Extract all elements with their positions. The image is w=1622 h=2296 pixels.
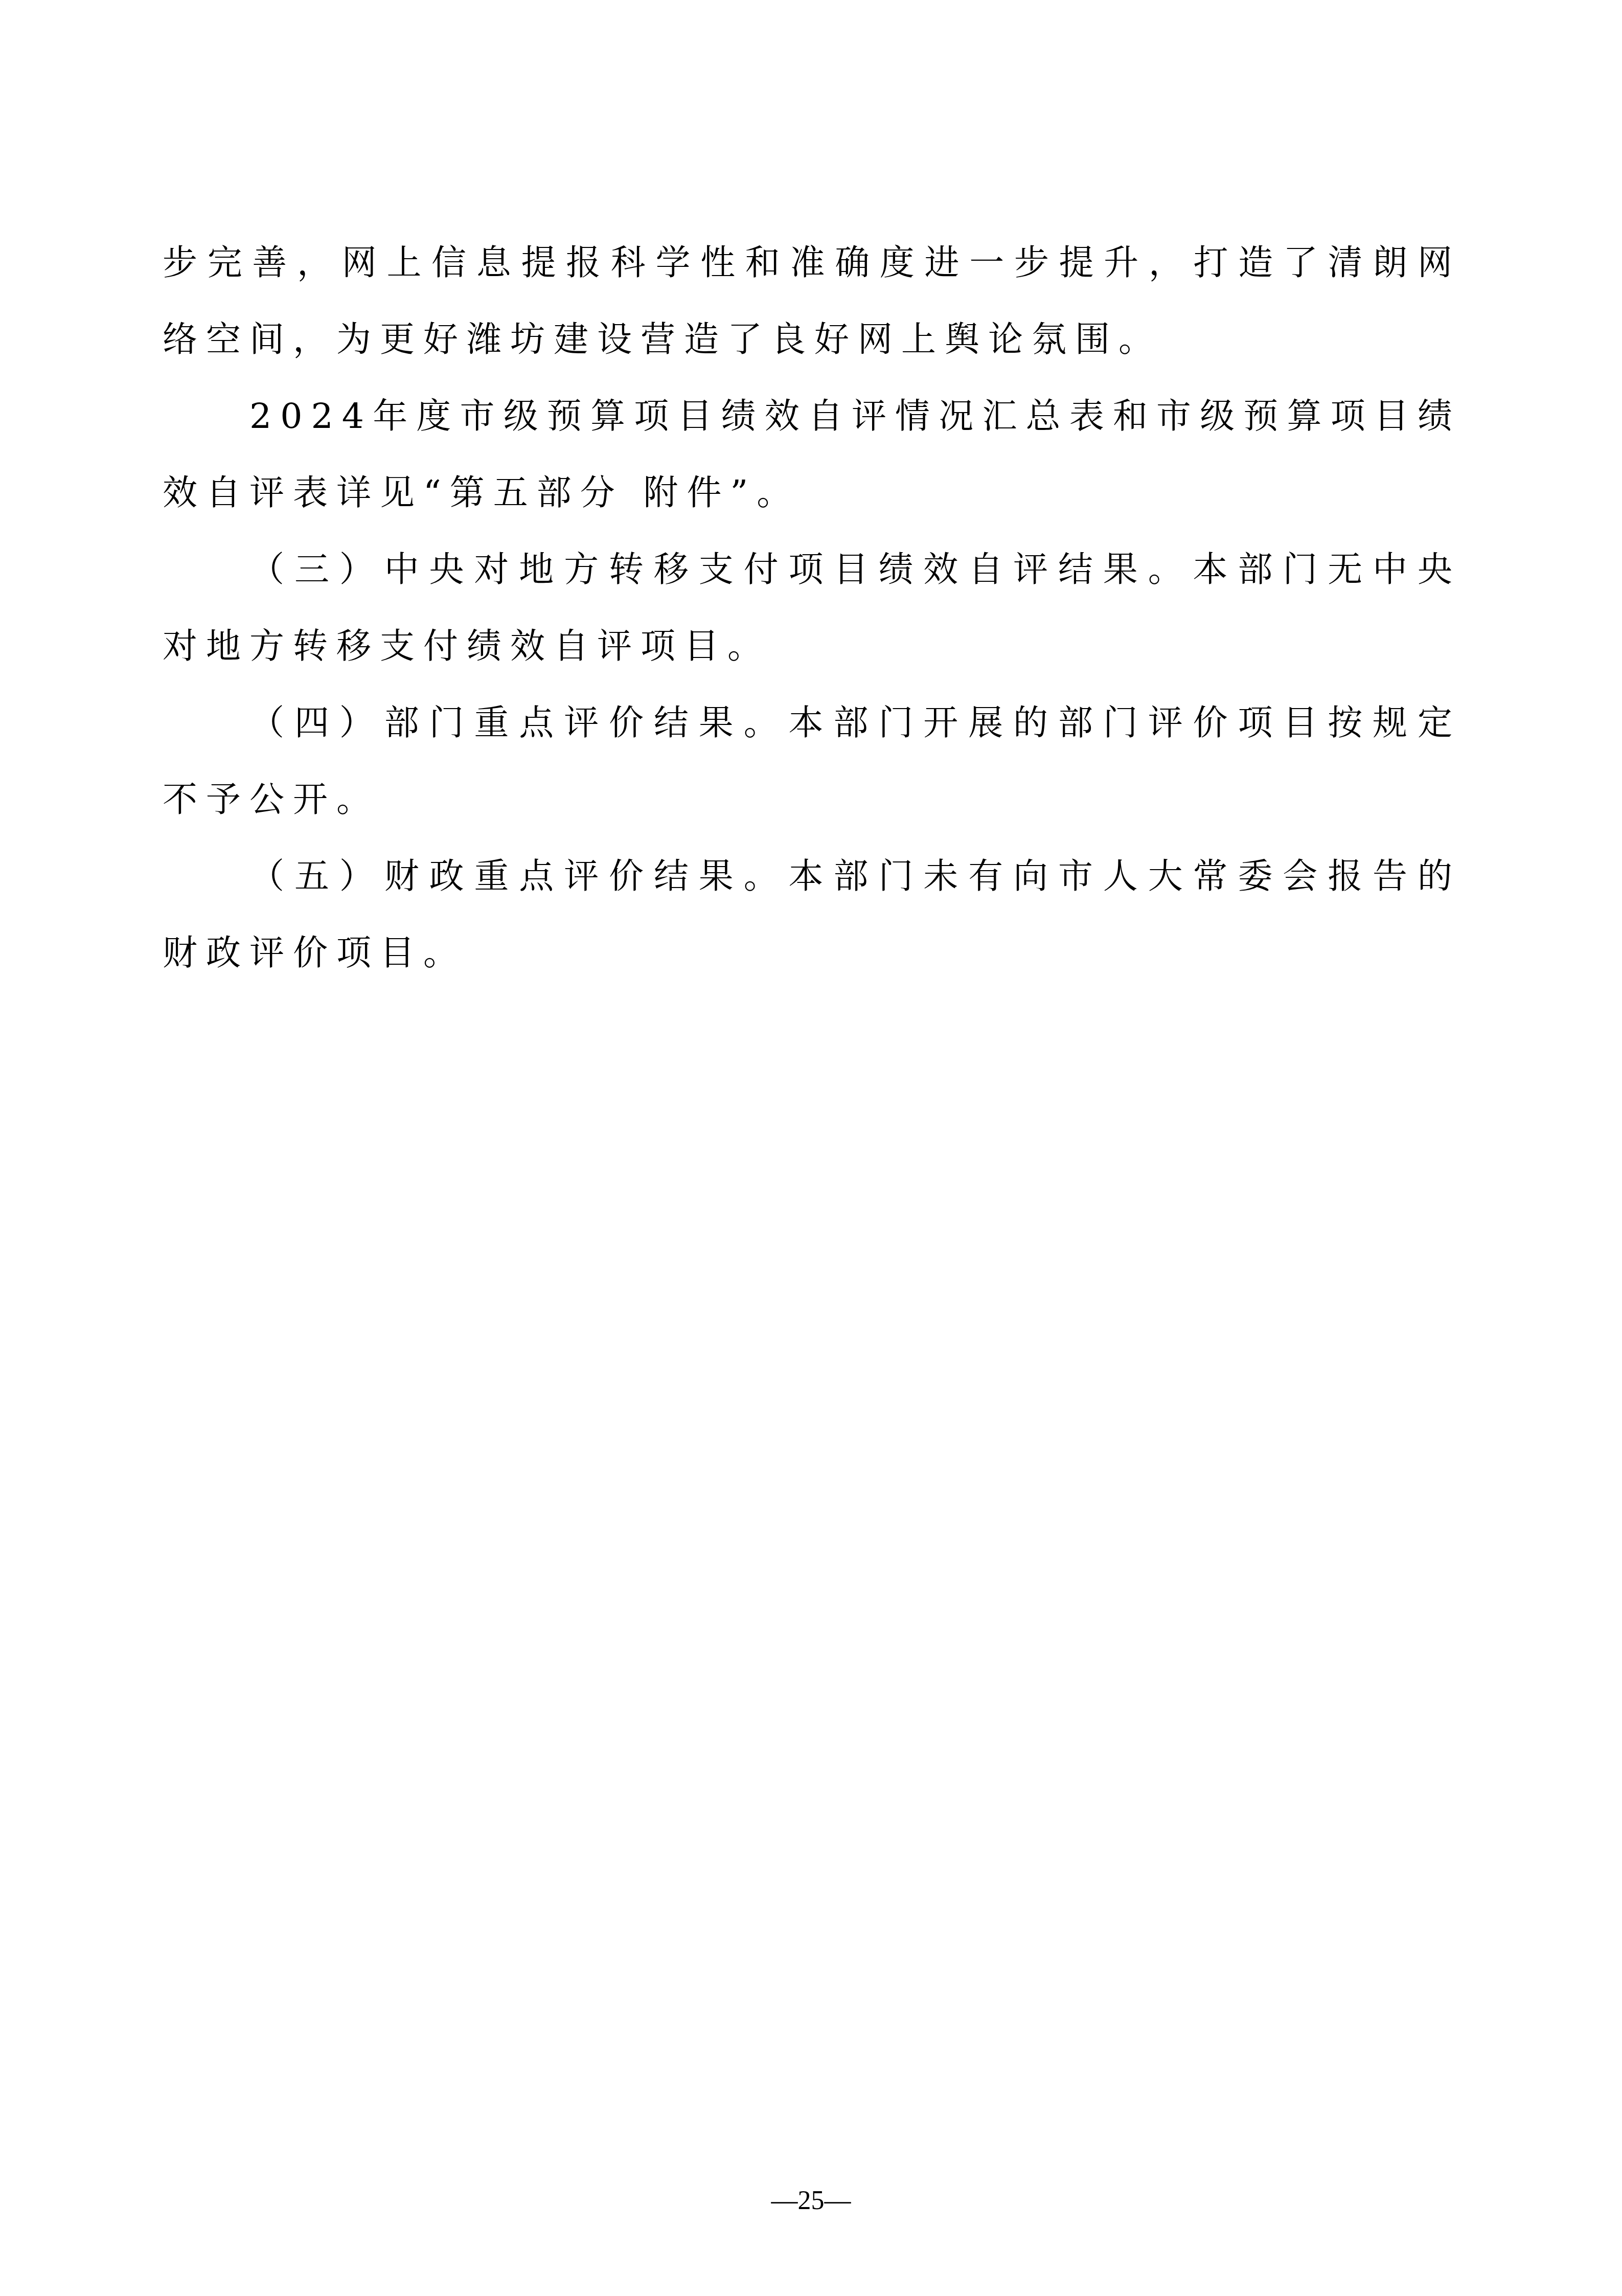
page-number: —25— — [0, 2186, 1622, 2216]
document-page: 步完善，网上信息提报科学性和准确度进一步提升，打造了清朗网络空间，为更好潍坊建设… — [0, 0, 1622, 2296]
paragraph-section-4: （四）部门重点评价结果。本部门开展的部门评价项目按规定不予公开。 — [163, 685, 1461, 838]
paragraph-appendix-reference: 2024年度市级预算项目绩效自评情况汇总表和市级预算项目绩效自评表详见“第五部分… — [163, 378, 1461, 532]
body-text: 步完善，网上信息提报科学性和准确度进一步提升，打造了清朗网络空间，为更好潍坊建设… — [163, 225, 1461, 992]
paragraph-continuation: 步完善，网上信息提报科学性和准确度进一步提升，打造了清朗网络空间，为更好潍坊建设… — [163, 225, 1461, 378]
paragraph-section-5: （五）财政重点评价结果。本部门未有向市人大常委会报告的财政评价项目。 — [163, 838, 1461, 992]
paragraph-section-3: （三）中央对地方转移支付项目绩效自评结果。本部门无中央对地方转移支付绩效自评项目… — [163, 532, 1461, 685]
